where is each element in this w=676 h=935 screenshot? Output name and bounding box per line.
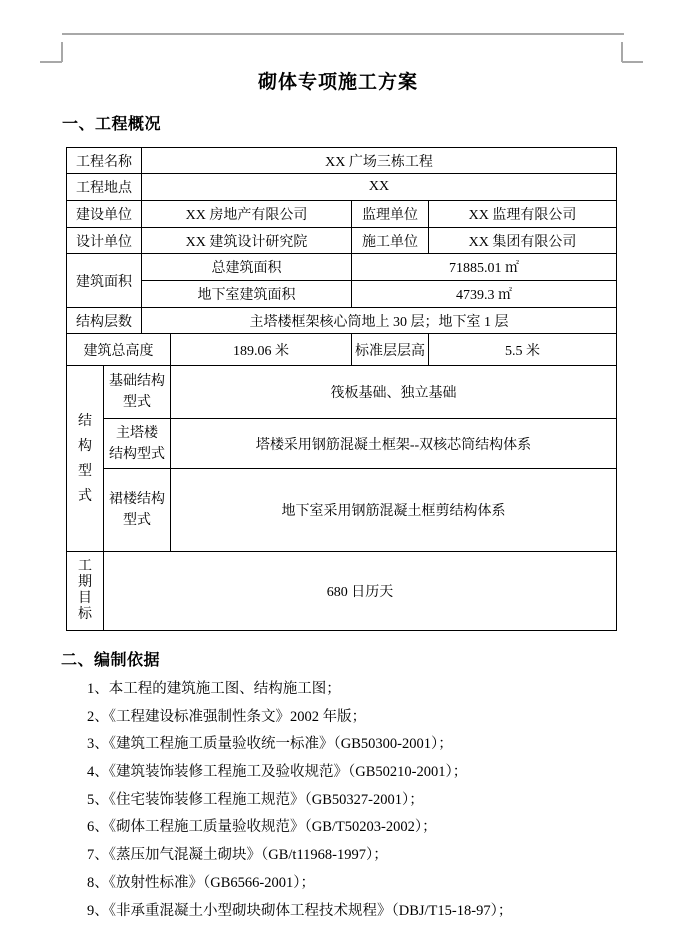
- list-item: 2、《工程建设标准强制性条文》2002 年版；: [87, 704, 512, 732]
- header-boundary-rule: [62, 33, 624, 35]
- table-row: 建设单位 XX 房地产有限公司 监理单位 XX 监理有限公司: [67, 201, 617, 228]
- floors-label: 结构层数: [67, 308, 142, 334]
- section-heading-overview: 一、工程概况: [62, 111, 161, 134]
- height-value: 189.06 米: [171, 334, 352, 366]
- contractor-value: XX 集团有限公司: [429, 228, 617, 254]
- foundation-type-value: 筏板基础、独立基础: [171, 366, 617, 419]
- designer-label: 设计单位: [67, 228, 142, 254]
- list-item: 9、《非承重混凝土小型砌块砌体工程技术规程》（DBJ/T15-18-97）；: [87, 898, 512, 926]
- list-item: 3、《建筑工程施工质量验收统一标准》（GB50300-2001）；: [87, 731, 512, 759]
- project-name-label: 工程名称: [67, 148, 142, 174]
- table-row: 工程地点 XX: [67, 174, 617, 201]
- list-item: 6、《砌体工程施工质量验收规范》（GB/T50203-2002）；: [87, 814, 512, 842]
- section-heading-basis: 二、编制依据: [61, 647, 160, 670]
- list-item: 1、本工程的建筑施工图、结构施工图；: [87, 676, 512, 704]
- duration-value: 680 日历天: [104, 552, 617, 631]
- supervisor-value: XX 监理有限公司: [429, 201, 617, 228]
- project-name-value: XX 广场三栋工程: [142, 148, 617, 174]
- tower-structure-label: 主塔楼 结构型式: [104, 419, 171, 469]
- margin-crop-mark-right: [622, 61, 643, 63]
- podium-structure-label: 裙楼结构 型式: [104, 469, 171, 552]
- list-item: 4、《建筑装饰装修工程施工及验收规范》（GB50210-2001）；: [87, 759, 512, 787]
- table-row: 建筑总高度 189.06 米 标准层层高 5.5 米: [67, 334, 617, 366]
- table-row: 结构层数 主塔楼框架核心筒地上 30 层；地下室 1 层: [67, 308, 617, 334]
- std-floor-label: 标准层层高: [352, 334, 429, 366]
- basement-area-label: 地下室建筑面积: [142, 281, 352, 308]
- duration-vertical-text: 工期目标: [78, 559, 93, 623]
- list-item: 7、《蒸压加气混凝土砌块》（GB/t11968-1997）；: [87, 842, 512, 870]
- margin-crop-mark-left: [61, 42, 63, 62]
- total-area-label: 总建筑面积: [142, 254, 352, 281]
- std-floor-value: 5.5 米: [429, 334, 617, 366]
- podium-structure-value: 地下室采用钢筋混凝土框剪结构体系: [171, 469, 617, 552]
- duration-label: 工期目标: [67, 552, 104, 631]
- basement-area-value: 4739.3 ㎡: [352, 281, 617, 308]
- tower-structure-value: 塔楼采用钢筋混凝土框架--双核芯筒结构体系: [171, 419, 617, 469]
- builder-label: 建设单位: [67, 201, 142, 228]
- foundation-type-label: 基础结构 型式: [104, 366, 171, 419]
- contractor-label: 施工单位: [352, 228, 429, 254]
- table-row: 工期目标 680 日历天: [67, 552, 617, 631]
- supervisor-label: 监理单位: [352, 201, 429, 228]
- table-row: 建筑面积 总建筑面积 71885.01 ㎡: [67, 254, 617, 281]
- builder-value: XX 房地产有限公司: [142, 201, 352, 228]
- total-area-value: 71885.01 ㎡: [352, 254, 617, 281]
- table-row: 设计单位 XX 建筑设计研究院 施工单位 XX 集团有限公司: [67, 228, 617, 254]
- document-title: 砌体专项施工方案: [0, 67, 676, 94]
- table-row: 工程名称 XX 广场三栋工程: [67, 148, 617, 174]
- table-row: 结构型式 基础结构 型式 筏板基础、独立基础: [67, 366, 617, 419]
- structure-type-vertical-text: 结构型式: [78, 409, 93, 509]
- table-row: 地下室建筑面积 4739.3 ㎡: [67, 281, 617, 308]
- floors-value: 主塔楼框架核心筒地上 30 层；地下室 1 层: [142, 308, 617, 334]
- document-page: 砌体专项施工方案 一、工程概况 工程名称 XX 广场三栋工程 工程地点 XX 建…: [0, 0, 676, 935]
- structure-type-label: 结构型式: [67, 366, 104, 552]
- list-item: 5、《住宅装饰装修工程施工规范》（GB50327-2001）；: [87, 787, 512, 815]
- table-row: 裙楼结构 型式 地下室采用钢筋混凝土框剪结构体系: [67, 469, 617, 552]
- reference-list: 1、本工程的建筑施工图、结构施工图； 2、《工程建设标准强制性条文》2002 年…: [87, 676, 512, 925]
- area-label: 建筑面积: [67, 254, 142, 308]
- table-row: 主塔楼 结构型式 塔楼采用钢筋混凝土框架--双核芯筒结构体系: [67, 419, 617, 469]
- designer-value: XX 建筑设计研究院: [142, 228, 352, 254]
- height-label: 建筑总高度: [67, 334, 171, 366]
- location-value: XX: [142, 174, 617, 201]
- project-overview-table: 工程名称 XX 广场三栋工程 工程地点 XX 建设单位 XX 房地产有限公司 监…: [66, 147, 617, 631]
- list-item: 8、《放射性标准》（GB6566-2001）；: [87, 870, 512, 898]
- margin-crop-mark-left: [40, 61, 62, 63]
- location-label: 工程地点: [67, 174, 142, 201]
- margin-crop-mark-right: [621, 42, 623, 62]
